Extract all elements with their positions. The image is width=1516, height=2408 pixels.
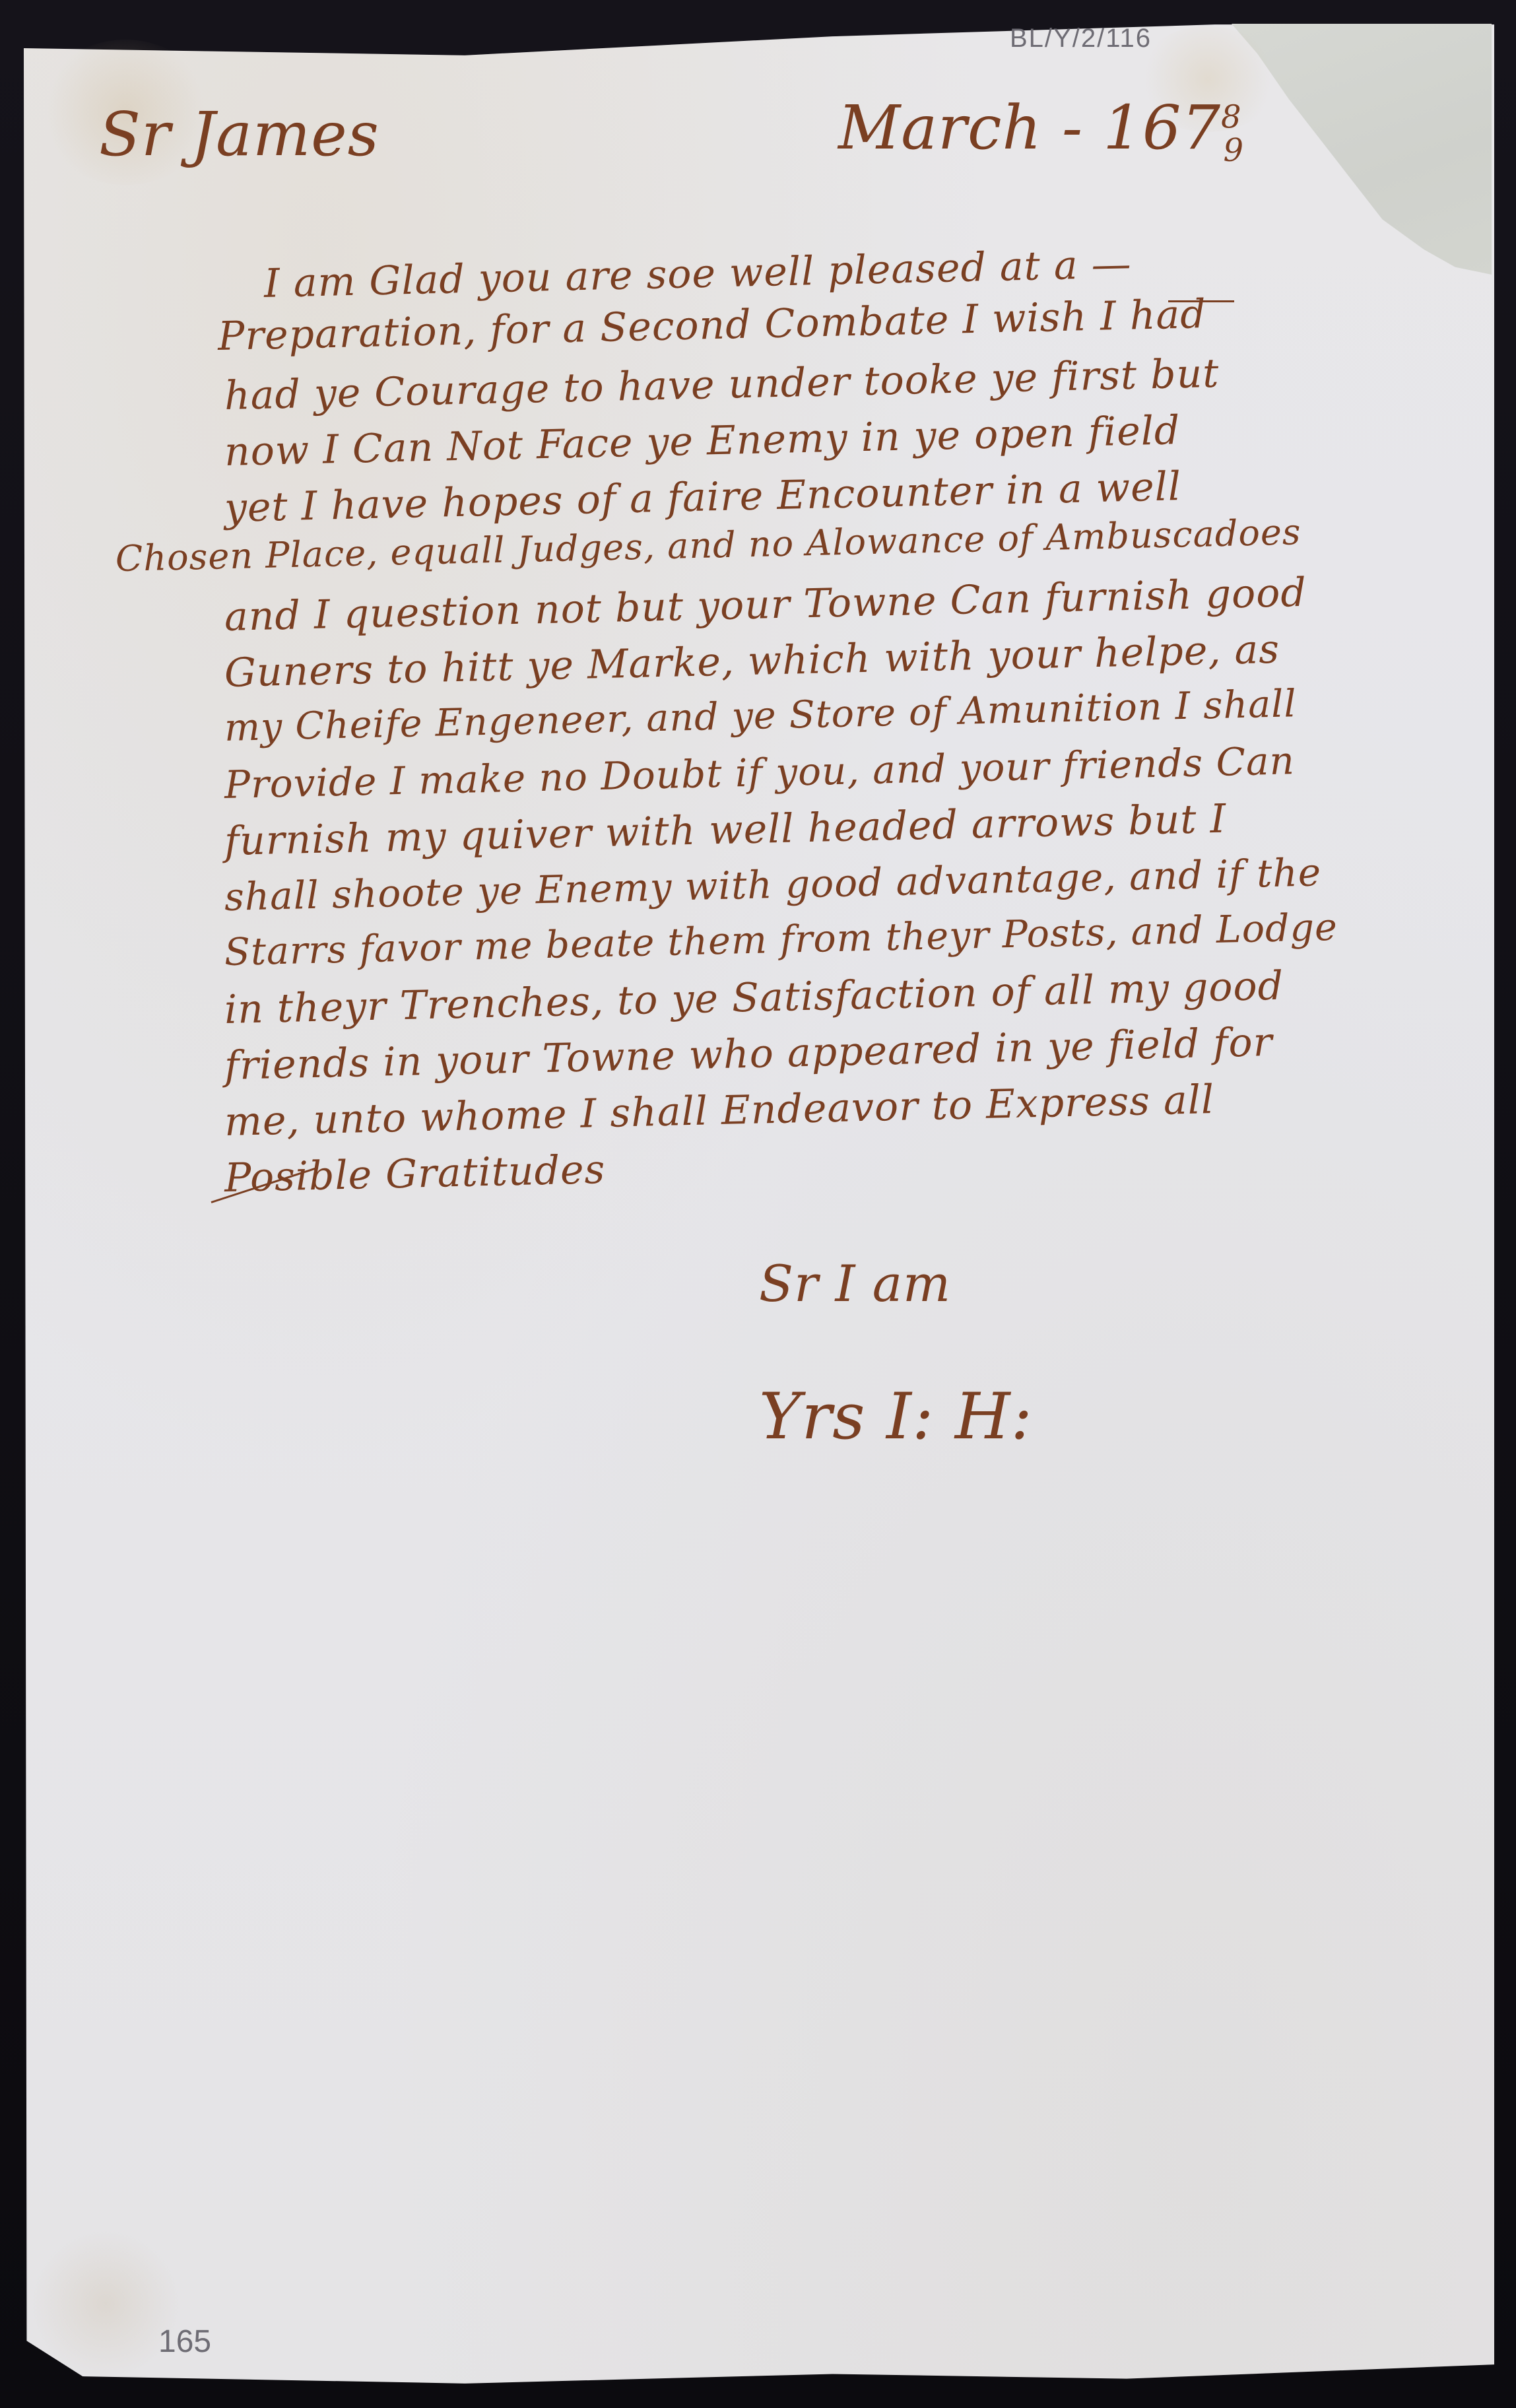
folio-number: 165 <box>158 2324 211 2360</box>
signature: Yrs I: H: <box>759 1380 1033 1454</box>
date-year-new-style: 9 <box>1224 132 1245 169</box>
letter-date: March - 16789 <box>838 92 1244 169</box>
closing-line: Sr I am <box>759 1254 951 1313</box>
archive-reference: BL/Y/2/116 <box>1010 24 1152 53</box>
body-line: Posible Gratitudes <box>224 1147 606 1201</box>
ink-flourish <box>1168 300 1234 302</box>
date-year-old-style: 8 <box>1221 98 1242 135</box>
date-text: March - 167 <box>838 92 1221 163</box>
salutation: Sr James <box>99 99 379 170</box>
